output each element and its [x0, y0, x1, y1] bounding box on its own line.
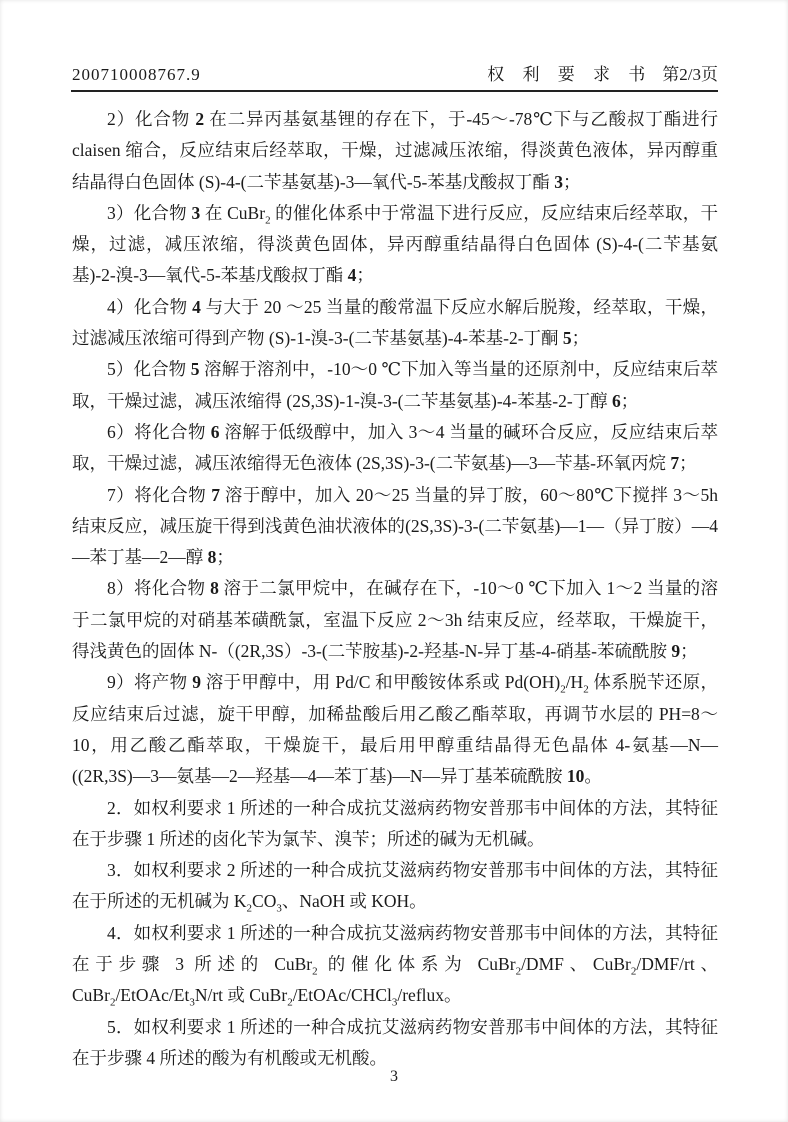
text-run: /DMF、CuBr [521, 954, 631, 974]
text-run: 9 [192, 672, 201, 692]
text-run: 6 [211, 422, 220, 442]
paragraph: 4．如权利要求 1 所述的一种合成抗艾滋病药物安普那韦中间体的方法，其特征在于步… [72, 918, 718, 1012]
application-number: 200710008767.9 [72, 65, 201, 85]
text-run: /reflux。 [397, 985, 461, 1005]
text-run: 3）化合物 [107, 203, 191, 223]
text-run: 4 [192, 297, 201, 317]
text-run: ； [680, 641, 698, 661]
text-run: 5 [191, 359, 200, 379]
text-run: /EtOAc/Et [115, 985, 189, 1005]
paragraph: 9）将产物 9 溶于甲醇中，用 Pd/C 和甲酸铵体系或 Pd(OH)2/H2 … [72, 667, 718, 792]
text-run: CO [252, 891, 276, 911]
page-footer: 3 [0, 1068, 788, 1086]
text-run: 2 [195, 109, 204, 129]
text-run: ； [356, 265, 374, 285]
paragraph: 7）将化合物 7 溶于醇中，加入 20～25 当量的异丁胺，60～80℃下搅拌 … [72, 480, 718, 574]
text-run: N/rt 或 CuBr [195, 985, 287, 1005]
document-title: 权 利 要 求 书 [487, 60, 652, 85]
text-run: 8）将化合物 [107, 578, 210, 598]
header-right-group: 权 利 要 求 书 第2/3页 [487, 60, 718, 85]
paragraph: 3）化合物 3 在 CuBr2 的催化体系中于常温下进行反应，反应结束后经萃取，… [72, 198, 718, 292]
text-run: 10 [567, 766, 585, 786]
text-run: 3 [191, 203, 200, 223]
paragraph: 2）化合物 2 在二异丙基氨基锂的存在下，于-45～-78℃下与乙酸叔丁酯进行 … [72, 104, 718, 198]
paragraph: 4）化合物 4 与大于 20 ～25 当量的酸常温下反应水解后脱羧，经萃取，干燥… [72, 292, 718, 355]
paragraph: 2．如权利要求 1 所述的一种合成抗艾滋病药物安普那韦中间体的方法，其特征在于步… [72, 793, 718, 856]
text-run: 9 [671, 641, 680, 661]
page-number: 3 [390, 1068, 398, 1085]
page-header: 200710008767.9 权 利 要 求 书 第2/3页 [72, 60, 718, 85]
paragraph: 6）将化合物 6 溶解于低级醇中，加入 3～4 当量的碱环合反应，反应结束后萃取… [72, 417, 718, 480]
paragraph: 3．如权利要求 2 所述的一种合成抗艾滋病药物安普那韦中间体的方法，其特征在于所… [72, 855, 718, 918]
text-run: 7 [670, 453, 679, 473]
text-run: 7 [211, 485, 220, 505]
text-run: 6）将化合物 [107, 422, 211, 442]
paragraph: 5）化合物 5 溶解于溶剂中，-10～0 ℃下加入等当量的还原剂中，反应结束后萃… [72, 354, 718, 417]
text-run: 、NaOH 或 KOH。 [282, 891, 427, 911]
text-run: ； [621, 391, 639, 411]
header-divider [71, 90, 718, 92]
text-run: 2）化合物 [107, 109, 195, 129]
text-run: 9）将产物 [107, 672, 192, 692]
text-run: 在 CuBr [200, 203, 265, 223]
text-run: 3 [554, 172, 563, 192]
text-run: 5 [563, 328, 572, 348]
text-run: ； [563, 172, 581, 192]
text-run: 4）化合物 [107, 297, 192, 317]
text-run: 。 [584, 766, 602, 786]
paragraph: 5．如权利要求 1 所述的一种合成抗艾滋病药物安普那韦中间体的方法，其特征在于步… [72, 1012, 718, 1075]
text-run: 2．如权利要求 1 所述的一种合成抗艾滋病药物安普那韦中间体的方法，其特征在于步… [72, 798, 718, 849]
text-run: 6 [612, 391, 621, 411]
patent-claims-page: 200710008767.9 权 利 要 求 书 第2/3页 2）化合物 2 在… [0, 0, 788, 1122]
text-run: 5）化合物 [107, 359, 191, 379]
claims-body: 2）化合物 2 在二异丙基氨基锂的存在下，于-45～-78℃下与乙酸叔丁酯进行 … [72, 104, 718, 1074]
text-run: ； [216, 547, 234, 567]
page-indicator: 第2/3页 [662, 60, 718, 85]
text-run: /H [566, 672, 584, 692]
paragraph: 8）将化合物 8 溶于二氯甲烷中，在碱存在下，-10～0 ℃下加入 1～2 当量… [72, 573, 718, 667]
text-run: 8 [210, 578, 219, 598]
text-run: 溶于甲醇中，用 Pd/C 和甲酸铵体系或 Pd(OH) [201, 672, 560, 692]
text-run: 7）将化合物 [107, 485, 211, 505]
text-run: ； [679, 453, 697, 473]
text-run: 5．如权利要求 1 所述的一种合成抗艾滋病药物安普那韦中间体的方法，其特征在于步… [72, 1017, 718, 1068]
text-run: 的催化体系为 CuBr [318, 954, 516, 974]
text-run: /EtOAc/CHCl [293, 985, 392, 1005]
text-run: ； [572, 328, 590, 348]
